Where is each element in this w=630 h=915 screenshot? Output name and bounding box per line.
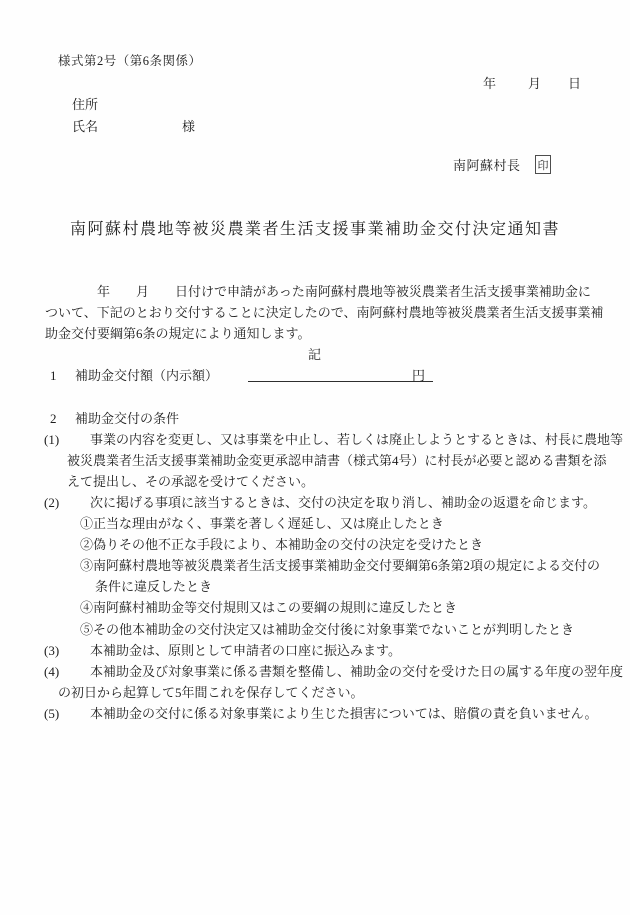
condition-number: (1)	[44, 429, 90, 450]
mayor-title: 南阿蘇村長	[453, 155, 521, 174]
record-marker: 記	[0, 344, 630, 365]
condition-line: (5)本補助金の交付に係る対象事業により生じた損害については、賠償の責を負いませ…	[0, 703, 630, 724]
day-label: 日	[568, 73, 581, 92]
condition-line: (4)本補助金及び対象事業に係る書類を整備し、補助金の交付を受けた日の属する年度…	[0, 661, 630, 682]
amount-underline	[248, 381, 433, 382]
condition-line: (3)本補助金は、原則として申請者の口座に振込みます。	[0, 640, 630, 661]
condition-text: 本補助金及び対象事業に係る書類を整備し、補助金の交付を受けた日の属する年度の翌年…	[90, 664, 623, 679]
amount-unit: 円	[412, 365, 425, 386]
condition-line-continuation: の初日から起算して5年間これを保存してください。	[0, 682, 630, 703]
form-number: 様式第2号（第6条関係）	[58, 51, 202, 69]
condition-subitem: ①正当な理由がなく、事業を著しく遅延し、又は廃止したとき	[0, 513, 630, 534]
seal-label: 印	[538, 157, 549, 173]
section-conditions-heading: 2補助金交付の条件	[0, 408, 630, 429]
document-page: 様式第2号（第6条関係） 年月日 住所 氏名様 南阿蘇村長 印 南阿蘇村農地等被…	[0, 0, 630, 915]
condition-text: 本補助金は、原則として申請者の口座に振込みます。	[90, 643, 401, 658]
condition-text: 本補助金の交付に係る対象事業により生じた損害については、賠償の責を負いません。	[90, 706, 598, 721]
condition-text: 事業の内容を変更し、又は事業を中止し、若しくは廃止しようとするときは、村長に農地…	[90, 432, 623, 447]
section-label: 補助金交付の条件	[75, 411, 179, 426]
item-number: 1	[44, 365, 75, 386]
document-title: 南阿蘇村農地等被災農業者生活支援事業補助金交付決定通知書	[0, 216, 630, 239]
blank-line	[0, 386, 630, 407]
document-body: 年 月 日付けで申請があった南阿蘇村農地等被災農業者生活支援事業補助金に ついて…	[0, 281, 630, 724]
condition-number: (4)	[44, 661, 90, 682]
condition-subitem: ④南阿蘇村補助金等交付規則又はこの要綱の規則に違反したとき	[0, 597, 630, 618]
name-label: 氏名	[72, 119, 98, 134]
issue-date-line: 年月日	[483, 73, 581, 92]
body-paragraph-line: ついて、下記のとおり交付することに決定したので、南阿蘇村農地等被災農業者生活支援…	[0, 302, 630, 323]
condition-subitem: ②偽りその他不正な手段により、本補助金の交付の決定を受けたとき	[0, 534, 630, 555]
honorific-label: 様	[182, 116, 195, 135]
address-label: 住所	[72, 94, 98, 113]
condition-line: (2)次に掲げる事項に該当するときは、交付の決定を取り消し、補助金の返還を命じま…	[0, 492, 630, 513]
month-label: 月	[528, 73, 541, 92]
section-number: 2	[44, 408, 75, 429]
condition-subitem: ③南阿蘇村農地等被災農業者生活支援事業補助金交付要綱第6条第2項の規定による交付…	[0, 555, 630, 576]
seal-stamp: 印	[535, 155, 551, 174]
condition-subitem: ⑤その他本補助金の交付決定又は補助金交付後に対象事業でないことが判明したとき	[0, 619, 630, 640]
body-paragraph-line: 助金交付要綱第6条の規定により通知します。	[0, 323, 630, 344]
condition-line: えて提出し、その承認を受けてください。	[0, 471, 630, 492]
condition-number: (5)	[44, 703, 90, 724]
item-label: 補助金交付額（内示額）	[75, 368, 218, 383]
condition-number: (3)	[44, 640, 90, 661]
item-subsidy-amount: 1補助金交付額（内示額） 円	[0, 365, 630, 386]
condition-subitem-continuation: 条件に違反したとき	[0, 576, 630, 597]
condition-line: (1)事業の内容を変更し、又は事業を中止し、若しくは廃止しようとするときは、村長…	[0, 429, 630, 450]
condition-text: 次に掲げる事項に該当するときは、交付の決定を取り消し、補助金の返還を命じます。	[90, 495, 596, 510]
year-label: 年	[483, 76, 496, 91]
recipient-name-line: 氏名様	[72, 116, 195, 135]
body-paragraph-line: 年 月 日付けで申請があった南阿蘇村農地等被災農業者生活支援事業補助金に	[0, 281, 630, 302]
condition-line: 被災農業者生活支援事業補助金変更承認申請書（様式第4号）に村長が必要と認める書類…	[0, 450, 630, 471]
condition-number: (2)	[44, 492, 90, 513]
